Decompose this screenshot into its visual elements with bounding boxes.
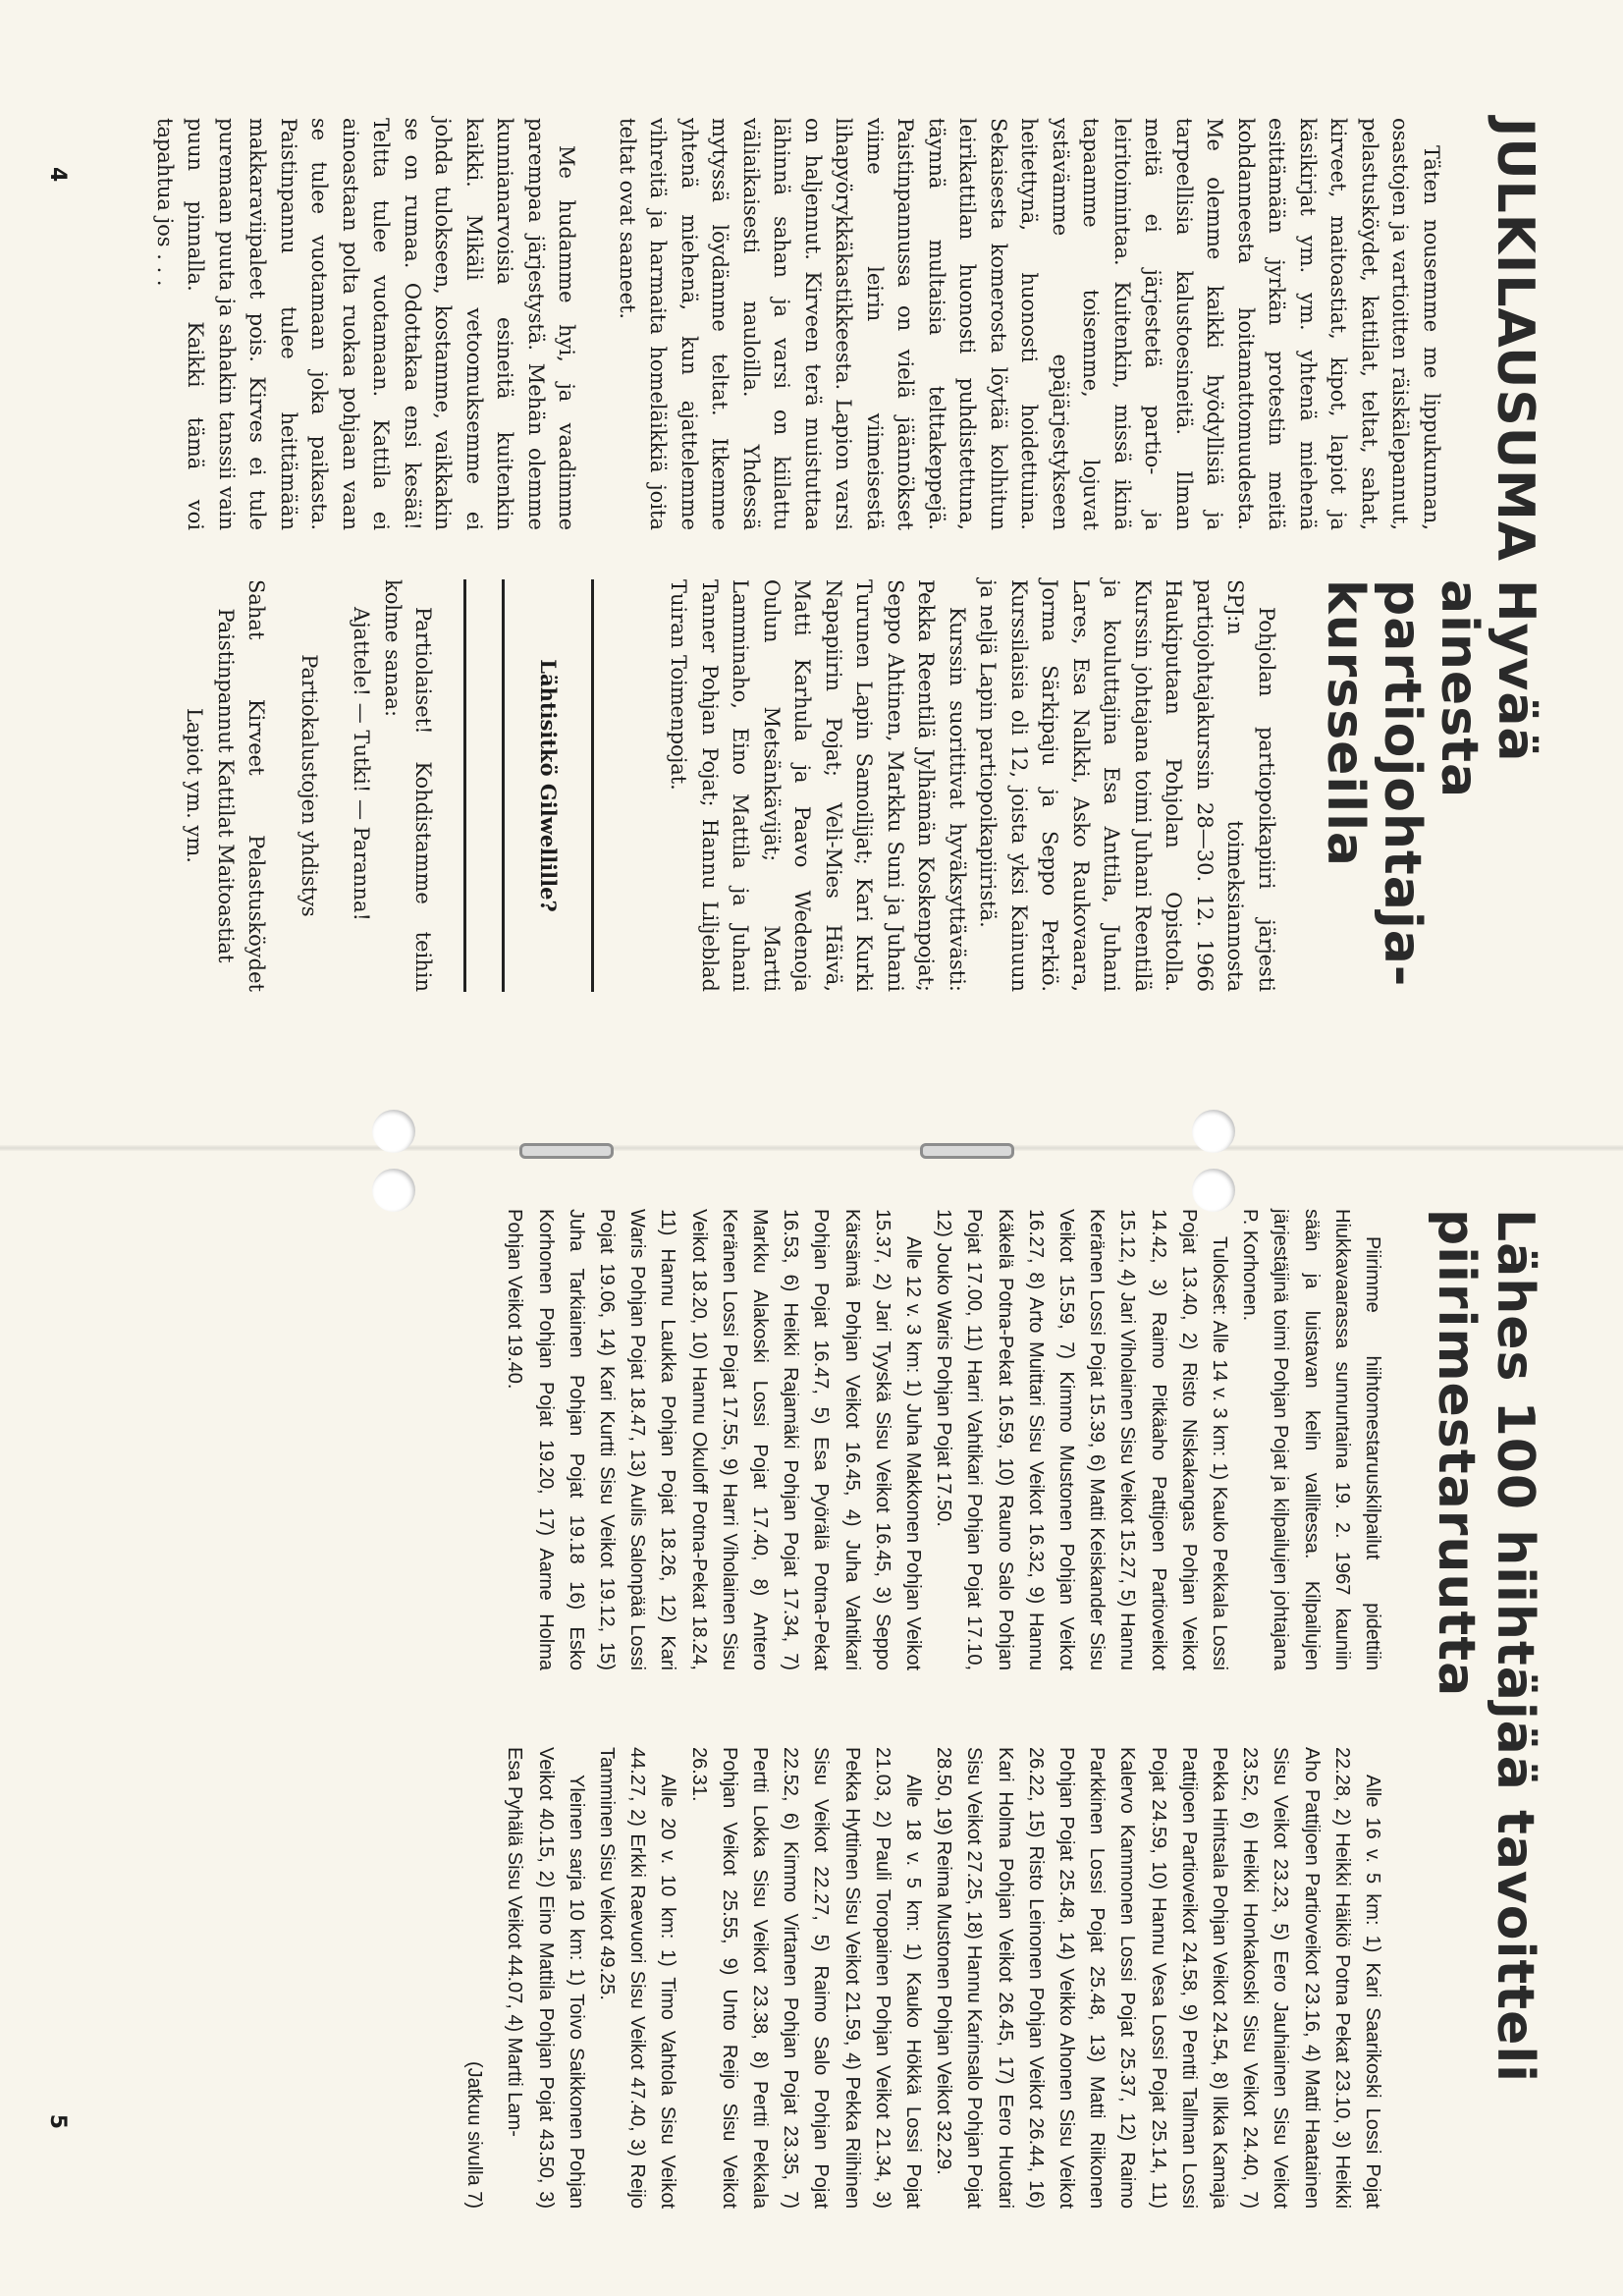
page-5: Lähes 100 hiihtäjää tavoitteli piirimest… xyxy=(0,1148,1623,2296)
gilwell-title: Lähtisitkö Gilwellille? xyxy=(536,659,561,912)
julkilausuma-column: JULKILAUSUMA Täten nousemme me lippukunn… xyxy=(149,118,1545,530)
punch-hole xyxy=(1192,1110,1235,1153)
punch-hole xyxy=(372,1110,415,1153)
kurssi-paragraph: Pohjolan partiopoikapiiri järjesti SPJ:n… xyxy=(972,579,1281,992)
continued-note: (Jatkuu sivulla 7) xyxy=(459,1747,489,2209)
kurssi-column: Hyvää ainesta partiojohtaja- kursseilla … xyxy=(179,579,1544,992)
ski-paragraph: Alle 12 v. 3 km: 1) Juha Makkonen Pohjan… xyxy=(499,1209,928,1670)
ski-title-line: piirimestaruutta xyxy=(1427,1209,1486,1697)
divider xyxy=(464,579,467,992)
julkilausuma-title: JULKILAUSUMA xyxy=(1486,118,1544,530)
ski-title-line: Lähes 100 hiihtäjää tavoitteli xyxy=(1486,1209,1544,2083)
ad-line: Partiolaiset! Kohdistamme teihin kolme s… xyxy=(377,579,439,992)
kurssi-title-line: Hyvää ainesta xyxy=(1430,579,1545,798)
ski-paragraph: Alle 20 v. 10 km: 1) Timo Vahtola Sisu V… xyxy=(591,1747,683,2209)
ad-tools-row2: Paistinpannut Kattilat Maitoastiat xyxy=(210,579,242,992)
julkilausuma-paragraph: Me hudamme hyi, ja vaadimme parempaa jär… xyxy=(149,118,582,530)
julkilausuma-paragraph: Täten nousemme me lippukunnan, osastojen… xyxy=(612,118,1447,530)
ski-paragraph: Alle 18 v. 5 km: 1) Kauko Hökkä Lossi Po… xyxy=(682,1747,928,2209)
kurssi-title: Hyvää ainesta partiojohtaja- kursseilla xyxy=(1317,579,1544,992)
ad-tool: Pelastusköydet xyxy=(241,835,272,992)
page-4: JULKILAUSUMA Täten nousemme me lippukunn… xyxy=(0,0,1623,1148)
kurssi-paragraph: Kurssin suorittivat hyväksyttävästi: Pek… xyxy=(663,579,972,992)
ski-column-1: Piirimme hiihtomestaruuskilpailut pidett… xyxy=(499,1209,1387,1670)
ad-signature: Partiokalustojen yhdistys xyxy=(294,579,325,992)
ad-tools-row: Sahat Kirveet Pelastusköydet xyxy=(241,579,272,992)
ad-tool: Sahat xyxy=(241,579,272,639)
ski-paragraph: Yleinen sarja 10 km: 1) Toivo Saikkonen … xyxy=(499,1747,591,2209)
page-number: 5 xyxy=(45,2114,70,2129)
ski-paragraph: Piirimme hiihtomestaruuskilpailut pidett… xyxy=(1234,1209,1387,1670)
ad-slogan: Ajattele! — Tutki! — Paranna! xyxy=(346,579,377,992)
magazine-spread: JULKILAUSUMA Täten nousemme me lippukunn… xyxy=(0,0,1623,2296)
page-number: 4 xyxy=(45,167,70,182)
ski-paragraph: Alle 16 v. 5 km: 1) Kari Saarikoski Loss… xyxy=(928,1747,1387,2209)
gilwell-box: Lähtisitkö Gilwellille? xyxy=(503,579,595,992)
kurssi-title-line: kursseilla xyxy=(1316,579,1375,867)
ad-tools-row3: Lapiot ym. ym. xyxy=(179,579,210,992)
ad-tool: Kirveet xyxy=(241,699,272,776)
ski-title: Lähes 100 hiihtäjää tavoitteli piirimest… xyxy=(1427,1209,1544,2191)
ski-column-2: Alle 16 v. 5 km: 1) Kari Saarikoski Loss… xyxy=(459,1747,1387,2209)
kurssi-title-line: partiojohtaja- xyxy=(1373,579,1432,987)
ski-paragraph: Tulokset: Alle 14 v. 3 km: 1) Kauko Pekk… xyxy=(928,1209,1234,1670)
